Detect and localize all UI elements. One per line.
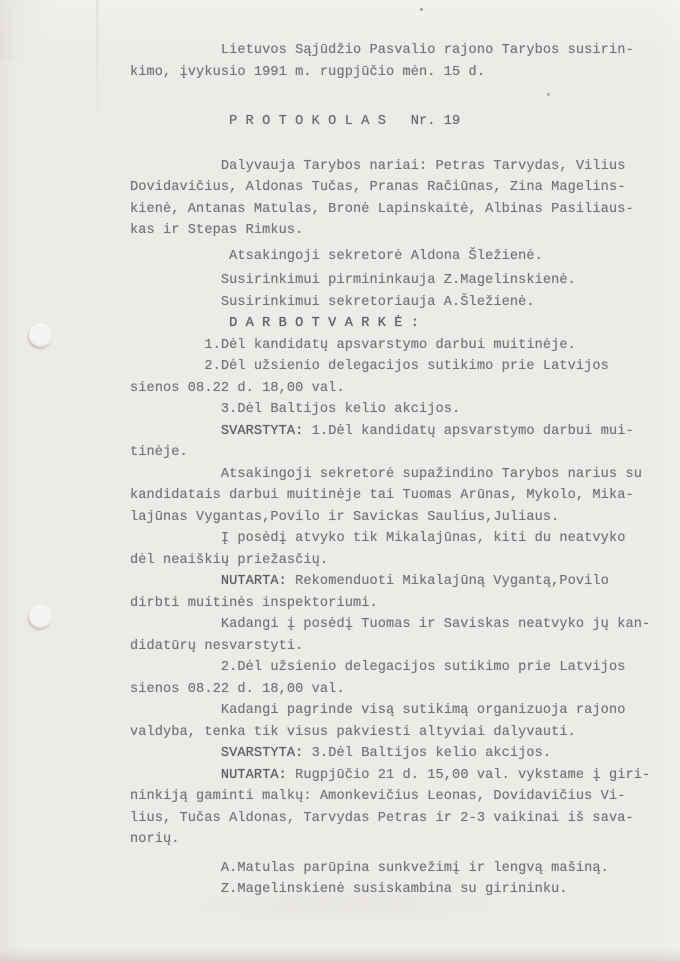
document-line: NUTARTA: Rekomenduoti Mikalajūną Vygantą… — [130, 571, 640, 593]
document-line: didatūrų nesvarstyti. — [130, 636, 640, 658]
nutarta-keyword: NUTARTA: — [130, 574, 287, 589]
document-line: kandidatais darbui muitinėje tai Tuomas … — [130, 485, 640, 507]
document-line: Dovidavičius, Aldonas Tučas, Pranas Rači… — [130, 177, 640, 199]
document-line: Susirinkimui sekretoriauja A.Šležienė. — [130, 292, 640, 314]
svarstyta-keyword: SVARSTYTA: — [130, 746, 303, 761]
document-line: Į posėdį atvyko tik Mikalajūnas, kiti du… — [130, 528, 640, 550]
document-line-text: Rekomenduoti Mikalajūną Vygantą,Povilo — [287, 574, 609, 589]
svarstyta-keyword: SVARSTYTA: — [130, 424, 303, 439]
nutarta-keyword: NUTARTA: — [130, 768, 287, 783]
document-line: SVARSTYTA: 1.Dėl kandidatų apsvarstymo d… — [130, 421, 640, 443]
document-line: dėl neaiškių priežasčių. — [130, 550, 640, 572]
document-line: valdyba, tenka tik visus pakviesti altyv… — [130, 722, 640, 744]
document-line: Z.Magelinskienė susiskambina su girinink… — [130, 879, 640, 901]
document-line-text: 3.Dėl Baltijos kelio akcijos. — [303, 746, 551, 761]
document-line: Kadangi į posėdį Tuomas ir Saviskas neat… — [130, 614, 640, 636]
document-line: ninkiją gaminti malkų: Amonkevičius Leon… — [130, 786, 640, 808]
document-line-text: 1.Dėl kandidatų apsvarstymo darbui mui- — [303, 424, 633, 439]
document-line: lajūnas Vygantas,Povilo ir Savickas Saul… — [130, 507, 640, 529]
agenda-heading: D A R B O T V A R K Ė : — [130, 313, 640, 335]
agenda-item: 3.Dėl Baltijos kelio akcijos. — [130, 399, 640, 421]
document-line: kimo, įvykusio 1991 m. rugpjūčio mėn. 15… — [130, 62, 640, 84]
agenda-heading-label: D A R B O T V A R K Ė : — [130, 316, 419, 331]
document-line: A.Matulas parūpina sunkvežimį ir lengvą … — [130, 858, 640, 880]
document-line: norių. — [130, 829, 640, 851]
agenda-item: 2.Dėl užsienio delegacijos sutikimo prie… — [130, 356, 640, 378]
document-line: SVARSTYTA: 3.Dėl Baltijos kelio akcijos. — [130, 743, 640, 765]
document-line-text: Rugpjūčio 21 d. 15,00 val. vykstame į gi… — [287, 768, 650, 783]
document-line: Atsakingoji sekretorė supažindino Tarybo… — [130, 464, 640, 486]
document-line: Lietuvos Sąjūdžio Pasvalio rajono Tarybo… — [130, 40, 640, 62]
agenda-item: 1.Dėl kandidatų apsvarstymo darbui muiti… — [130, 335, 640, 357]
document-line: tinėje. — [130, 442, 640, 464]
agenda-item: sienos 08.22 d. 18,00 val. — [130, 378, 640, 400]
document-line: kas ir Stepas Rimkus. — [130, 220, 640, 242]
document-line: Susirinkimui pirmininkauja Z.Magelinskie… — [130, 270, 640, 292]
document-line: sienos 08.22 d. 18,00 val. — [130, 679, 640, 701]
document-line: dirbti muitinės inspektoriumi. — [130, 593, 640, 615]
document-line: lius, Tučas Aldonas, Tarvydas Petras ir … — [130, 808, 640, 830]
document-line: Dalyvauja Tarybos nariai: Petras Tarvyda… — [130, 156, 640, 178]
document-line: Kadangi pagrinde visą sutikimą organizuo… — [130, 700, 640, 722]
document-line: kienė, Antanas Matulas, Bronė Lapinskait… — [130, 199, 640, 221]
document-line: NUTARTA: Rugpjūčio 21 d. 15,00 val. vyks… — [130, 765, 640, 787]
document-line: Atsakingoji sekretorė Aldona Šležienė. — [130, 246, 640, 268]
document-title: P R O T O K O L A S Nr. 19 — [130, 111, 640, 133]
document-page: Lietuvos Sąjūdžio Pasvalio rajono Tarybo… — [0, 0, 680, 901]
document-line: 2.Dėl užsienio delegacijos sutikimo prie… — [130, 657, 640, 679]
